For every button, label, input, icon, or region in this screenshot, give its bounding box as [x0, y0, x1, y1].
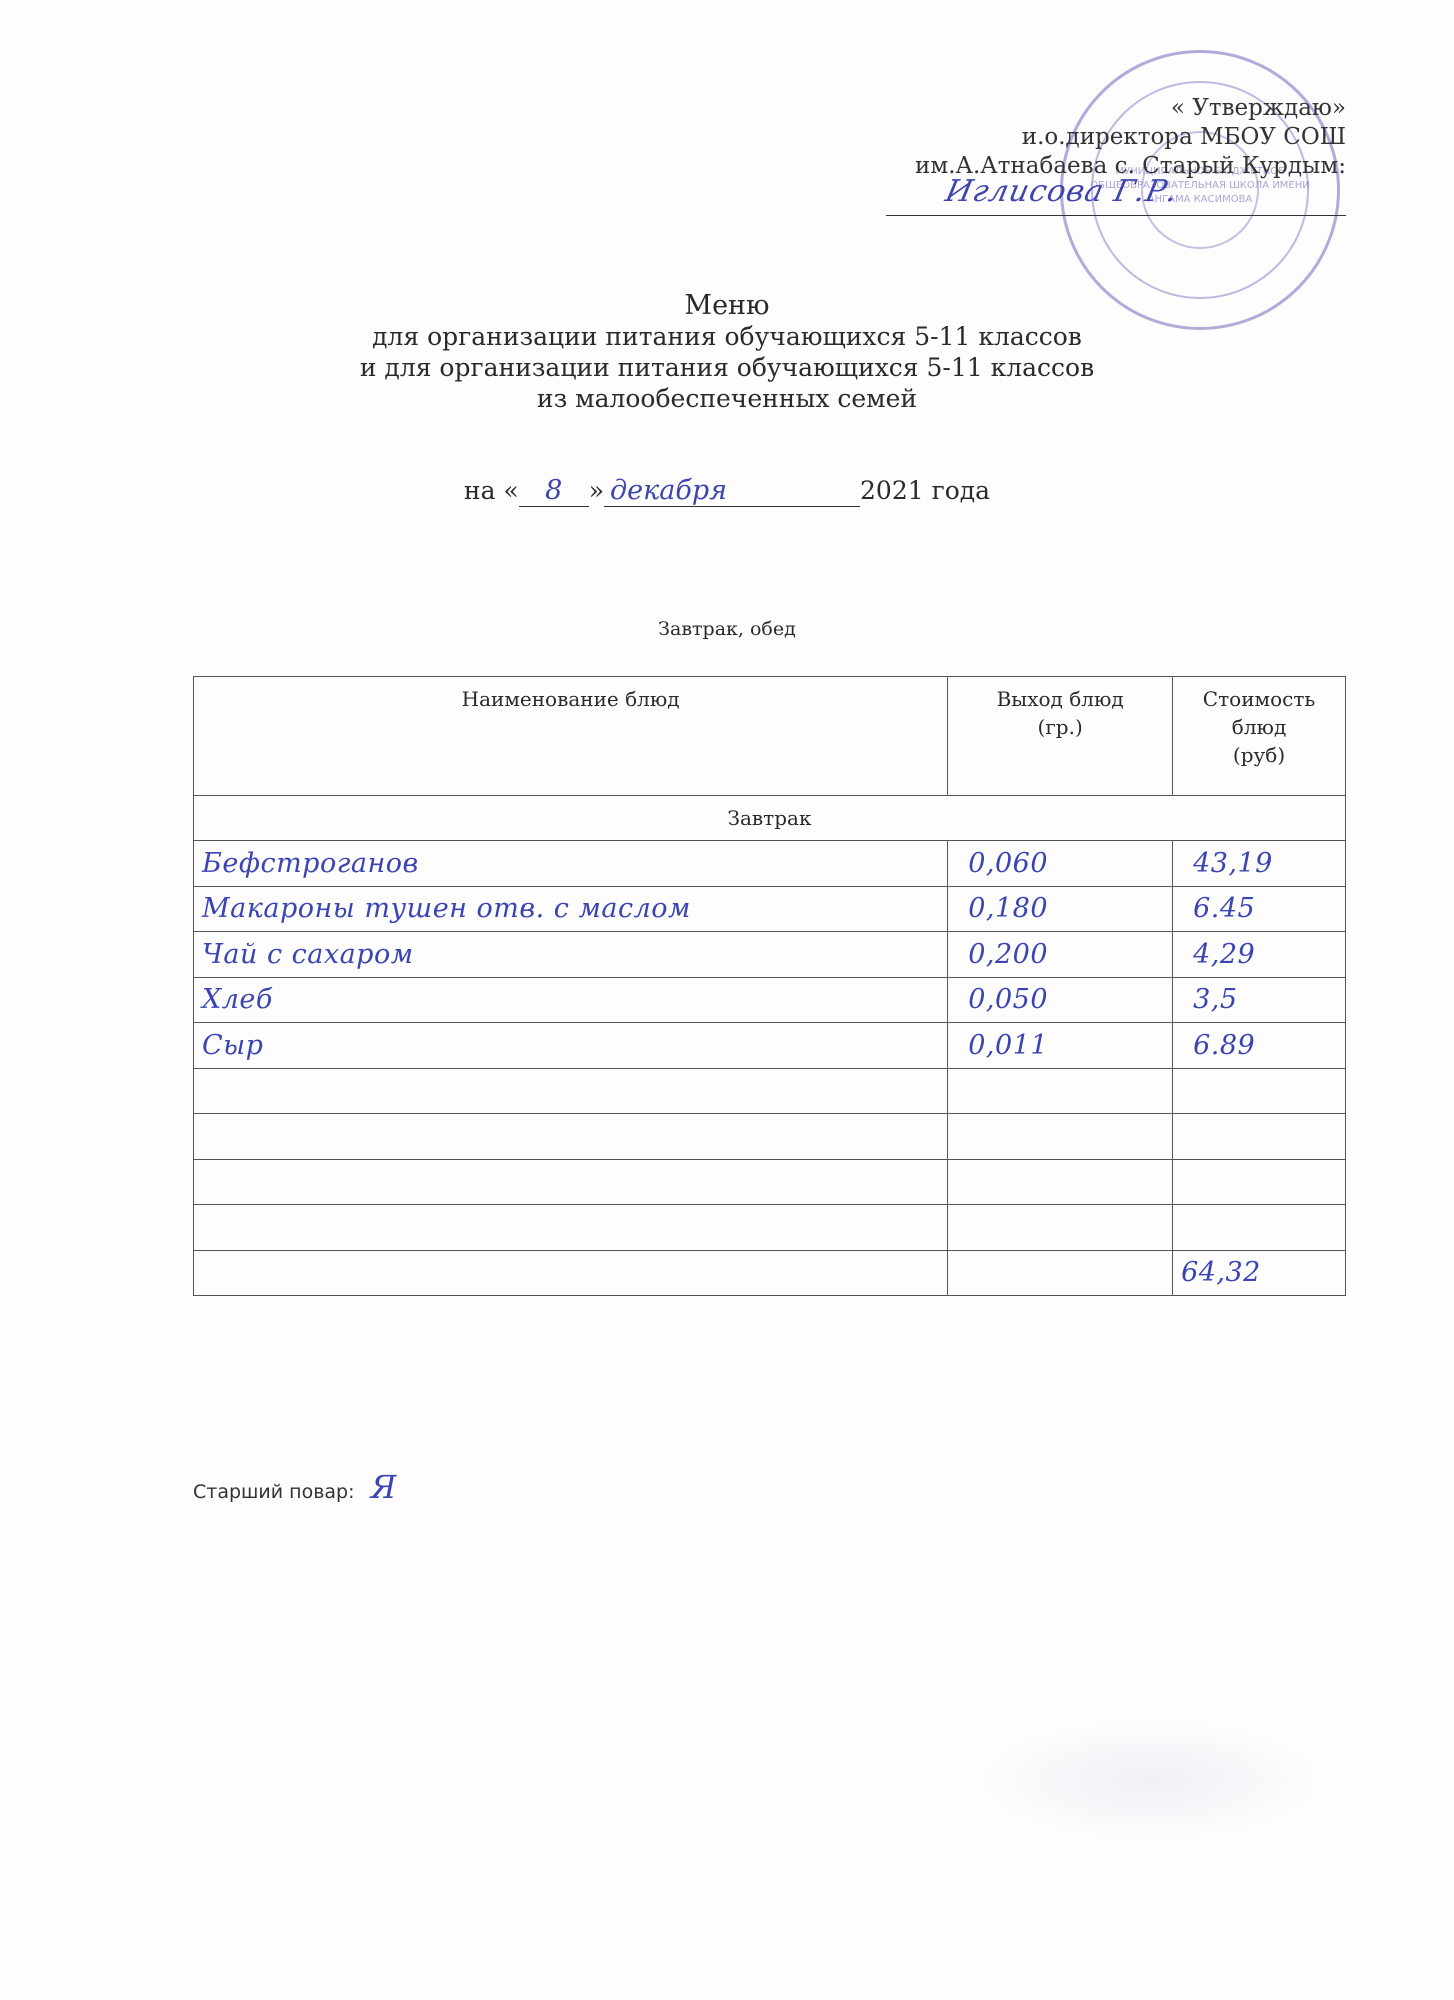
cost-cell: 43,19	[1173, 841, 1346, 887]
yield-cell: 0,180	[948, 886, 1173, 932]
table-row: Чай с сахаром0,2004,29	[194, 932, 1346, 978]
table-row: Хлеб0,0503,5	[194, 977, 1346, 1023]
yield-cell	[948, 1114, 1173, 1160]
date-month: декабря	[604, 475, 860, 507]
approval-position: и.о.директора МБОУ СОШ	[886, 123, 1346, 152]
yield-cell	[948, 1159, 1173, 1205]
cost-cell: 3,5	[1173, 977, 1346, 1023]
senior-cook-signature: Я	[371, 1468, 397, 1506]
cost-cell: 4,29	[1173, 932, 1346, 978]
empty-cell	[194, 1250, 948, 1296]
total-cost: 64,32	[1173, 1250, 1346, 1296]
yield-cell: 0,050	[948, 977, 1173, 1023]
date-day: 8	[519, 475, 589, 507]
date-mid: »	[589, 476, 604, 505]
senior-cook-label: Старший повар:	[193, 1481, 355, 1503]
header-dish-name: Наименование блюд	[194, 677, 948, 796]
yield-cell: 0,011	[948, 1023, 1173, 1069]
cost-cell	[1173, 1159, 1346, 1205]
section-label: Завтрак	[194, 796, 1346, 841]
table-row: Сыр0,0116.89	[194, 1023, 1346, 1069]
director-signature-line: Иглисова Г.Р.	[886, 187, 1346, 216]
dish-name-cell	[194, 1159, 948, 1205]
title-line-3: и для организации питания обучающихся 5-…	[0, 352, 1454, 383]
cost-cell: 6.89	[1173, 1023, 1346, 1069]
bleed-through-marks	[980, 1720, 1320, 1840]
menu-table: Наименование блюд Выход блюд(гр.) Стоимо…	[193, 676, 1346, 1296]
dish-name-cell: Бефстроганов	[194, 841, 948, 887]
table-row	[194, 1159, 1346, 1205]
date-suffix: 2021 года	[860, 476, 990, 505]
director-signature: Иглисова Г.Р.	[943, 177, 1181, 206]
header-yield: Выход блюд(гр.)	[948, 677, 1173, 796]
dish-name-cell	[194, 1068, 948, 1114]
table-header-row: Наименование блюд Выход блюд(гр.) Стоимо…	[194, 677, 1346, 796]
meal-caption: Завтрак, обед	[0, 618, 1454, 640]
cost-cell	[1173, 1068, 1346, 1114]
senior-cook-line: Старший повар: Я	[193, 1468, 396, 1506]
table-row: Бефстроганов0,06043,19	[194, 841, 1346, 887]
date-prefix: на «	[464, 476, 519, 505]
dish-name-cell: Сыр	[194, 1023, 948, 1069]
date-line: на «8»декабря2021 года	[0, 475, 1454, 507]
table-row	[194, 1205, 1346, 1251]
header-cost: Стоимостьблюд(руб)	[1173, 677, 1346, 796]
section-row-breakfast: Завтрак	[194, 796, 1346, 841]
dish-name-cell: Макароны тушен отв. с маслом	[194, 886, 948, 932]
yield-cell	[948, 1205, 1173, 1251]
table-row	[194, 1068, 1346, 1114]
empty-cell	[948, 1250, 1173, 1296]
total-row: 64,32	[194, 1250, 1346, 1296]
approval-block: « Утверждаю» и.о.директора МБОУ СОШ им.А…	[886, 94, 1346, 216]
table-row: Макароны тушен отв. с маслом0,1806.45	[194, 886, 1346, 932]
dish-name-cell: Хлеб	[194, 977, 948, 1023]
cost-cell	[1173, 1114, 1346, 1160]
dish-name-cell	[194, 1114, 948, 1160]
dish-name-cell	[194, 1205, 948, 1251]
approval-header: « Утверждаю»	[886, 94, 1346, 123]
yield-cell	[948, 1068, 1173, 1114]
cost-cell: 6.45	[1173, 886, 1346, 932]
title-line-4: из малообеспеченных семей	[0, 383, 1454, 414]
cost-cell	[1173, 1205, 1346, 1251]
dish-name-cell: Чай с сахаром	[194, 932, 948, 978]
yield-cell: 0,200	[948, 932, 1173, 978]
title-line-2: для организации питания обучающихся 5-11…	[0, 321, 1454, 352]
table-row	[194, 1114, 1346, 1160]
yield-cell: 0,060	[948, 841, 1173, 887]
